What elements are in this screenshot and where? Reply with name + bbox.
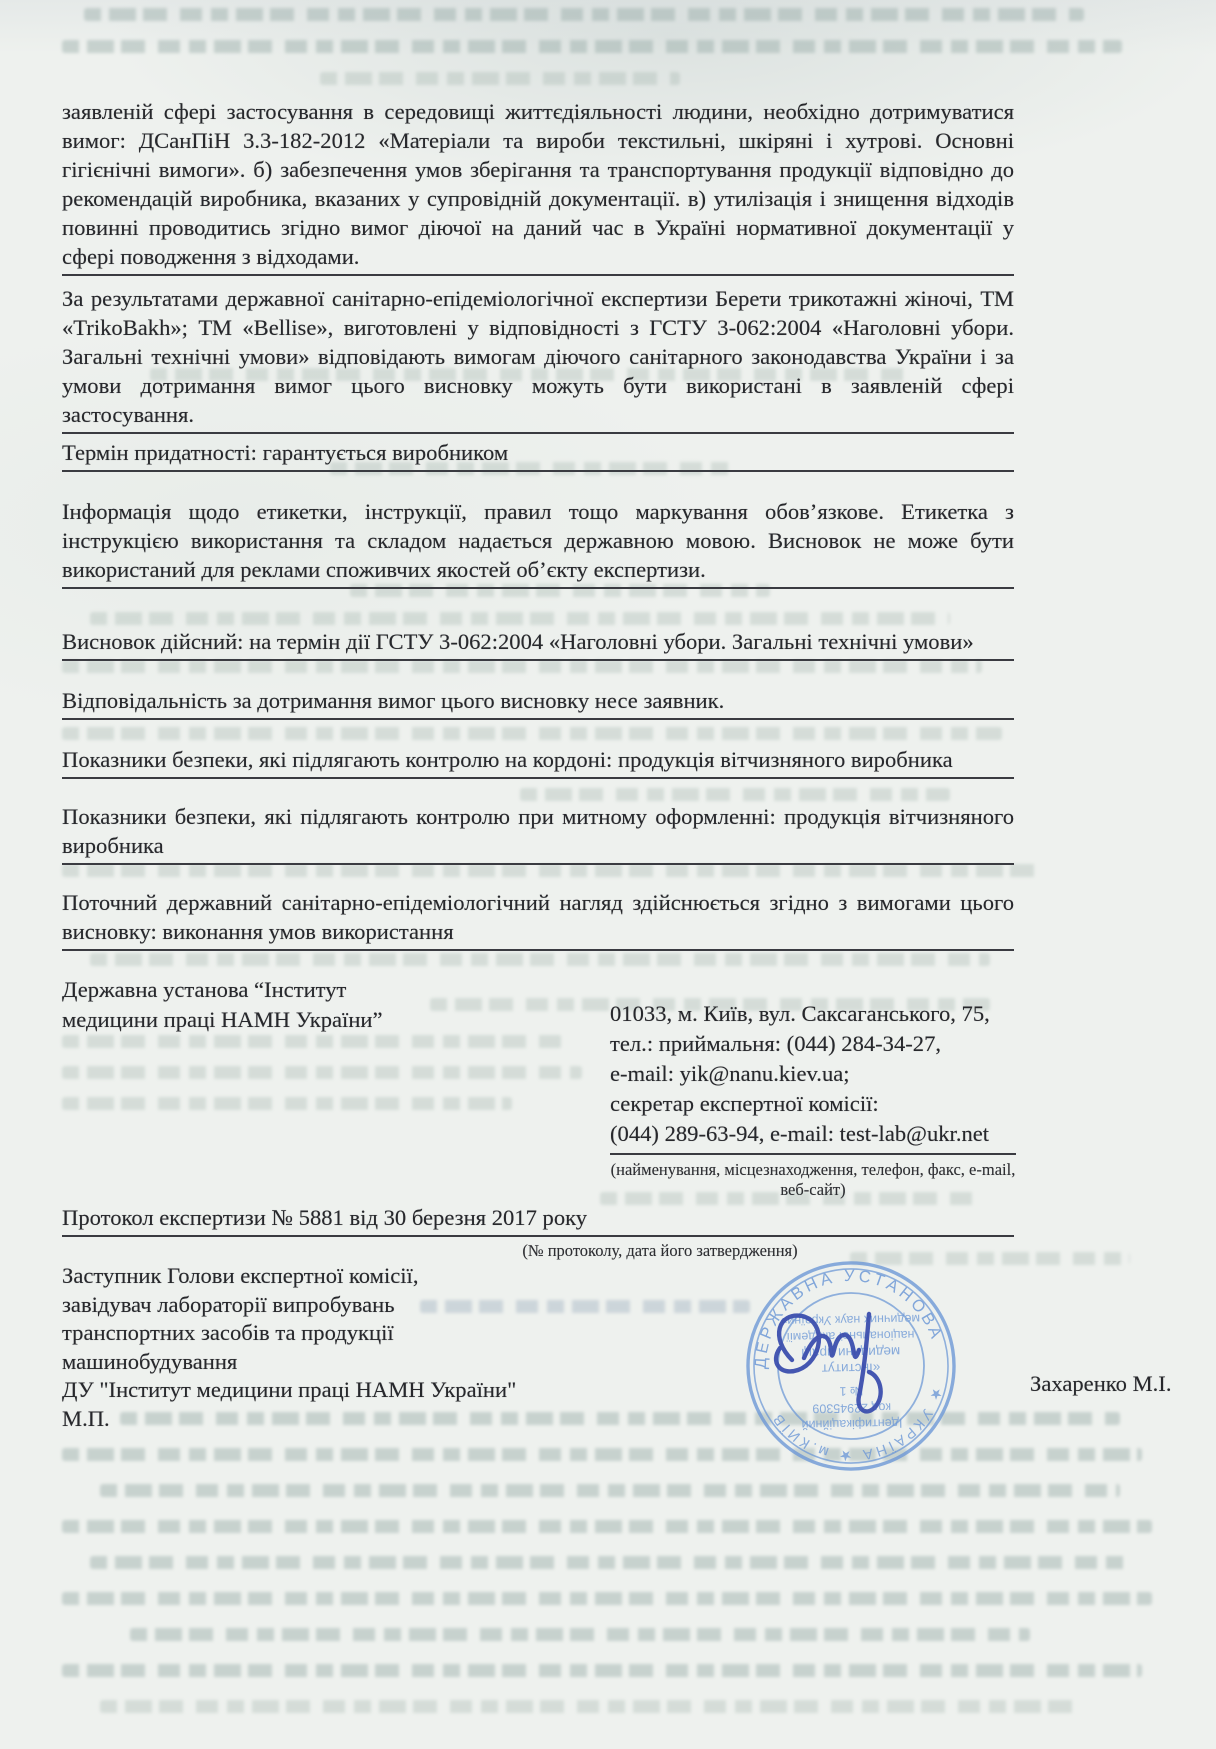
bleed-through-row (62, 1097, 512, 1110)
bleed-through-row (62, 1664, 1142, 1677)
signatory-position-line: завідувач лабораторії випробувань (62, 1291, 702, 1320)
line-responsibility: Відповідальність за дотримання вимог цьо… (62, 686, 1014, 720)
institution-secretary-contact: (044) 289-63-94, e-mail: test-lab@ukr.ne… (610, 1119, 1016, 1149)
paragraph-scope-requirements: заявленій сфері застосування в середовищ… (62, 97, 1014, 276)
signatory-position-block: Заступник Голови експертної комісії, зав… (62, 1262, 702, 1434)
scanned-document-page: заявленій сфері застосування в середовищ… (0, 0, 1216, 1749)
institution-phone: тел.: приймальня: (044) 284-34-27, (610, 1029, 1016, 1059)
signatory-position-line: Заступник Голови експертної комісії, (62, 1262, 702, 1291)
bleed-through-row (90, 953, 990, 966)
bleed-through-row (84, 8, 1084, 21)
institution-caption: (найменування, місцезнаходження, телефон… (610, 1160, 1016, 1200)
paragraph-customs-control: Показники безпеки, які підлягають контро… (62, 802, 1014, 865)
bleed-through-row (62, 1592, 1152, 1605)
institution-secretary-label: секретар експертної комісії: (610, 1089, 1016, 1119)
bleed-through-row (62, 660, 982, 673)
institution-name-line1: Державна установа “Інститут (62, 975, 582, 1005)
line-validity: Висновок дійсний: на термін дії ГСТУ 3-0… (62, 627, 1014, 661)
bleed-through-row (100, 1700, 1080, 1713)
line-protocol: Протокол експертизи № 5881 від 30 березн… (62, 1203, 1014, 1237)
bleed-through-row (320, 72, 680, 85)
signatory-position-line: транспортних засобів та продукції (62, 1319, 702, 1348)
institution-name: Державна установа “Інститут медицини пра… (62, 975, 582, 1035)
bleed-through-row (62, 1035, 562, 1048)
institution-email: e-mail: yik@nanu.kiev.ua; (610, 1059, 1016, 1089)
institution-contacts: 01033, м. Київ, вул. Саксаганського, 75,… (610, 999, 1016, 1155)
institution-address: 01033, м. Київ, вул. Саксаганського, 75, (610, 999, 1016, 1029)
bleed-through-row (130, 1628, 1030, 1641)
bleed-through-row (62, 40, 1122, 53)
bleed-through-row (520, 788, 950, 801)
stamp-place-label: М.П. (62, 1405, 702, 1434)
bleed-through-row (62, 864, 1042, 877)
line-border-control: Показники безпеки, які підлягають контро… (62, 745, 1014, 779)
bleed-through-row (100, 1484, 1120, 1497)
signatory-name: Захаренко М.І. (1030, 1371, 1171, 1397)
signatory-position-line: ДУ "Інститут медицини праці НАМН України… (62, 1376, 702, 1405)
handwritten-signature (748, 1286, 968, 1436)
bleed-through-row (90, 1556, 1130, 1569)
paragraph-expertise-result: За результатами державної санітарно-епід… (62, 284, 1014, 434)
signatory-position-line: машинобудування (62, 1348, 702, 1377)
institution-name-line2: медицини праці НАМН України” (62, 1005, 582, 1035)
bleed-through-row (62, 1066, 582, 1079)
bleed-through-row (90, 612, 950, 625)
paragraph-ongoing-supervision: Поточний державний санітарно-епідеміолог… (62, 888, 1014, 951)
line-shelf-life: Термін придатності: гарантується виробни… (62, 438, 1014, 472)
paragraph-labeling: Інформація щодо етикетки, інструкції, пр… (62, 497, 1014, 589)
bleed-through-row (62, 1520, 1152, 1533)
bleed-through-row (62, 727, 1002, 740)
